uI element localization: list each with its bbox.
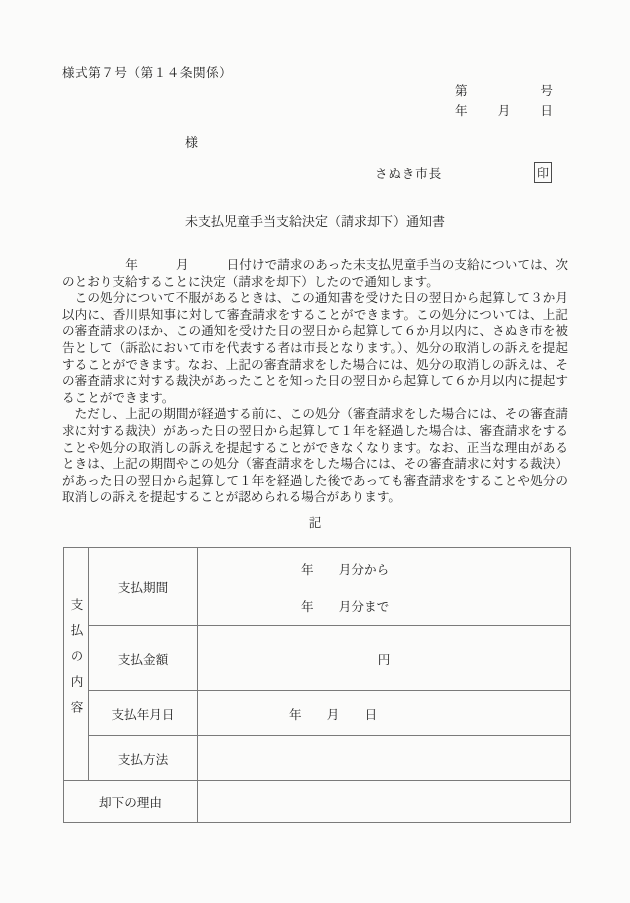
payment-content-vertical-label: 支払の内容 bbox=[67, 598, 86, 726]
payment-period-label: 支払期間 bbox=[89, 548, 198, 626]
paragraph-appeal-rights: この処分について不服があるときは、この通知書を受けた日の翌日から起算して３か月以… bbox=[62, 290, 568, 406]
addressee-honorific: 様 bbox=[185, 132, 198, 151]
payment-content-group-cell: 支払の内容 bbox=[64, 548, 89, 781]
date-year-label: 年 bbox=[455, 101, 468, 121]
payment-date-value-cell: 年 月 日 bbox=[198, 691, 571, 736]
date-day-label: 日 bbox=[540, 101, 553, 121]
table-row-amount: 支払金額 円 bbox=[64, 626, 571, 691]
paragraph-appeal-deadline: ただし、上記の期間が経過する前に、この処分（審査請求をした場合には、その審査請求… bbox=[62, 406, 568, 506]
body-text: 年 月 日付けで請求のあった未支払児童手当の支給については、次のとおり支給するこ… bbox=[62, 257, 568, 506]
payment-period-value-cell: 年 月分から 年 月分まで bbox=[198, 548, 571, 626]
date-month-label: 月 bbox=[498, 101, 511, 121]
rejection-reason-value bbox=[198, 781, 571, 823]
payment-method-value bbox=[198, 736, 571, 781]
issuer-name: さぬき市長 bbox=[375, 163, 442, 182]
note-marker: 記 bbox=[0, 512, 630, 531]
document-meta: 第 号 年 月 日 bbox=[455, 81, 553, 121]
form-number: 様式第７号（第１４条関係） bbox=[62, 62, 232, 81]
payment-date-label: 支払年月日 bbox=[89, 691, 198, 736]
rejection-reason-label: 却下の理由 bbox=[64, 781, 198, 823]
doc-number-prefix: 第 bbox=[455, 81, 468, 101]
notice-document-page: 様式第７号（第１４条関係） 第 号 年 月 日 様 さぬき市長 印 未支払児童手… bbox=[0, 0, 630, 903]
payment-date-value: 年 月 日 bbox=[198, 704, 570, 723]
paragraph-notification: 年 月 日付けで請求のあった未支払児童手当の支給については、次のとおり支給するこ… bbox=[62, 257, 568, 290]
table-row-method: 支払方法 bbox=[64, 736, 571, 781]
payment-period-to: 年 月分まで bbox=[301, 596, 570, 615]
official-seal-box: 印 bbox=[534, 162, 552, 183]
payment-amount-label: 支払金額 bbox=[89, 626, 198, 691]
payment-period-from: 年 月分から bbox=[301, 559, 570, 578]
doc-number-line: 第 号 bbox=[455, 81, 553, 101]
doc-number-suffix: 号 bbox=[540, 81, 553, 101]
document-title: 未支払児童手当支給決定（請求却下）通知書 bbox=[0, 211, 630, 230]
table-row-rejection: 却下の理由 bbox=[64, 781, 571, 823]
payment-amount-value: 円 bbox=[198, 626, 571, 691]
payment-period-lines: 年 月分から 年 月分まで bbox=[198, 559, 570, 615]
table-row-period: 支払の内容 支払期間 年 月分から 年 月分まで bbox=[64, 548, 571, 626]
date-line: 年 月 日 bbox=[455, 101, 553, 121]
payment-method-label: 支払方法 bbox=[89, 736, 198, 781]
payment-details-table: 支払の内容 支払期間 年 月分から 年 月分まで 支払金額 円 支払年月日 年 … bbox=[63, 547, 571, 823]
table-row-paydate: 支払年月日 年 月 日 bbox=[64, 691, 571, 736]
